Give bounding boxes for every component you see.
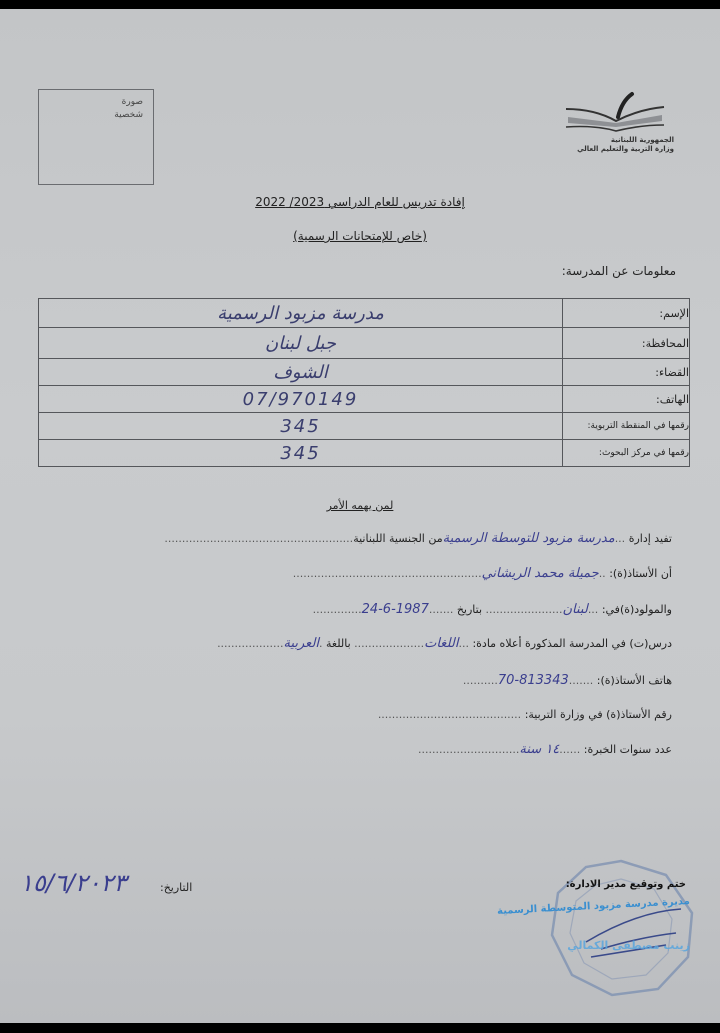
handwritten-date: ١٥/٦/٢٠٢٣ [20, 869, 126, 897]
handwritten-birthdate: 24-6-1987 [362, 602, 429, 617]
dots: ....... [429, 603, 453, 616]
handwritten-phone: 07/970149 [243, 389, 359, 410]
dots: .............. [313, 603, 362, 616]
dots: ........................................… [293, 567, 482, 580]
handwritten-research-number: 345 [280, 443, 320, 464]
dots: .. [599, 567, 606, 580]
subtitle-text: (خاص للإمتحانات الرسمية) [293, 229, 427, 243]
dots: .................... [354, 637, 424, 650]
photo-label: صورة شخصية [114, 96, 143, 122]
line-school-administration: تفيد إدارة ...مدرسة مزبود للتوسطة الرسمي… [164, 531, 672, 546]
table-row: القضاء: الشوف [39, 359, 690, 386]
line5-prefix: هاتف الأستاذ(ة): [597, 674, 672, 687]
line1-prefix: تفيد إدارة [629, 532, 672, 545]
handwritten-language: العربية [284, 636, 320, 651]
school-info-label: معلومات عن المدرسة: [562, 264, 676, 278]
line-subject: درس(ت) في المدرسة المذكورة أعلاه مادة: .… [217, 636, 672, 651]
table-row: رقمها في مركز البحوث: 345 [39, 440, 690, 467]
line3-date-label: بتاريخ [457, 603, 482, 616]
photo-label-line1: صورة [114, 96, 143, 109]
dots: ...................... [486, 603, 563, 616]
ministry-name: الجمهورية اللبنانية وزارة التربية والتعل… [577, 136, 674, 154]
dots: ............................. [418, 743, 519, 756]
value-governorate: جبل لبنان [39, 328, 563, 359]
line-teacher-name: أن الأستاذ(ة): ..جميلة محمد الريشاني....… [293, 566, 672, 581]
dots: ... [458, 637, 469, 650]
dots: ...... [559, 743, 580, 756]
table-row: الهاتف: 07/970149 [39, 386, 690, 413]
handwritten-birthplace: لبنان [562, 602, 587, 617]
value-phone: 07/970149 [39, 386, 563, 413]
label-name: الإسم: [563, 299, 690, 328]
label-research-center-number: رقمها في مركز البحوث: [563, 440, 690, 467]
open-book-pen-icon [560, 91, 670, 133]
ministry-line2: وزارة التربية والتعليم العالي [577, 145, 674, 154]
dots: ....... [569, 674, 593, 687]
label-district: القضاء: [563, 359, 690, 386]
dots: ........................................… [164, 532, 353, 545]
ministry-line1: الجمهورية اللبنانية [577, 136, 674, 145]
dots: ................... [217, 637, 283, 650]
table-row: المحافظة: جبل لبنان [39, 328, 690, 359]
handwritten-governorate: جبل لبنان [265, 333, 336, 354]
handwritten-zone-number: 345 [280, 416, 320, 437]
table-row: الإسم: مدرسة مزبود الرسمية [39, 299, 690, 328]
label-educational-zone-number: رقمها في المنقطة التربوية: [563, 413, 690, 440]
value-district: الشوف [39, 359, 563, 386]
handwritten-experience: ١٤ سنة [519, 742, 559, 757]
dots: ... [588, 603, 599, 616]
date-label: التاريخ: [160, 881, 192, 894]
official-stamp-icon [546, 857, 696, 997]
heading-text: لمن يهمه الأمر [327, 499, 394, 512]
dots: ........................................… [378, 708, 521, 721]
line-birth: والمولود(ة)في: ...لبنان.................… [313, 602, 672, 617]
line7-prefix: عدد سنوات الخبرة: [584, 743, 672, 756]
ministry-logo: الجمهورية اللبنانية وزارة التربية والتعل… [560, 91, 700, 161]
handwritten-district: الشوف [273, 362, 328, 383]
line6-prefix: رقم الأستاذ(ة) في وزارة التربية: [525, 708, 672, 721]
handwritten-school: مدرسة مزبود للتوسطة الرسمية [443, 531, 615, 546]
handwritten-subject: اللغات [424, 636, 458, 651]
label-phone: الهاتف: [563, 386, 690, 413]
table-row: رقمها في المنقطة التربوية: 345 [39, 413, 690, 440]
photo-label-line2: شخصية [114, 109, 143, 122]
school-info-table: الإسم: مدرسة مزبود الرسمية المحافظة: جبل… [38, 298, 690, 467]
to-whom-it-may-concern: لمن يهمه الأمر [0, 499, 720, 512]
signature-label: ختم وتوقيع مدير الادارة: [566, 879, 686, 890]
document-title: إفادة تدريس للعام الدراسي 2023/ 2022 [0, 195, 720, 209]
label-governorate: المحافظة: [563, 328, 690, 359]
line4-prefix: درس(ت) في المدرسة المذكورة أعلاه مادة: [472, 637, 672, 650]
dots: . [319, 637, 323, 650]
photo-placeholder-box: صورة شخصية [38, 89, 154, 185]
line-experience-years: عدد سنوات الخبرة: ......١٤ سنة..........… [418, 742, 672, 757]
dots: ... [615, 532, 626, 545]
line4-language-label: باللغة [326, 637, 351, 650]
document-subtitle: (خاص للإمتحانات الرسمية) [0, 229, 720, 243]
title-text: إفادة تدريس للعام الدراسي 2023/ 2022 [255, 195, 465, 209]
line-ministry-number: رقم الأستاذ(ة) في وزارة التربية: .......… [378, 708, 672, 721]
value-educational-zone-number: 345 [39, 413, 563, 440]
line1-suffix: من الجنسية اللبنانية [353, 532, 442, 545]
scanned-document: صورة شخصية الجمهورية اللبنانية وزارة الت… [0, 9, 720, 1023]
handwritten-teacher-phone: 70-813343 [498, 673, 569, 688]
handwritten-school-name: مدرسة مزبود الرسمية [217, 303, 384, 324]
line2-prefix: أن الأستاذ(ة): [609, 567, 672, 580]
stamp-text-line2: زينب مصطفى الكمالي [567, 939, 690, 952]
line-teacher-phone: هاتف الأستاذ(ة): .......70-813343.......… [463, 673, 672, 688]
dots: .......... [463, 674, 498, 687]
handwritten-teacher-name: جميلة محمد الريشاني [482, 566, 599, 581]
value-name: مدرسة مزبود الرسمية [39, 299, 563, 328]
line3-prefix: والمولود(ة)في: [602, 603, 672, 616]
value-research-center-number: 345 [39, 440, 563, 467]
